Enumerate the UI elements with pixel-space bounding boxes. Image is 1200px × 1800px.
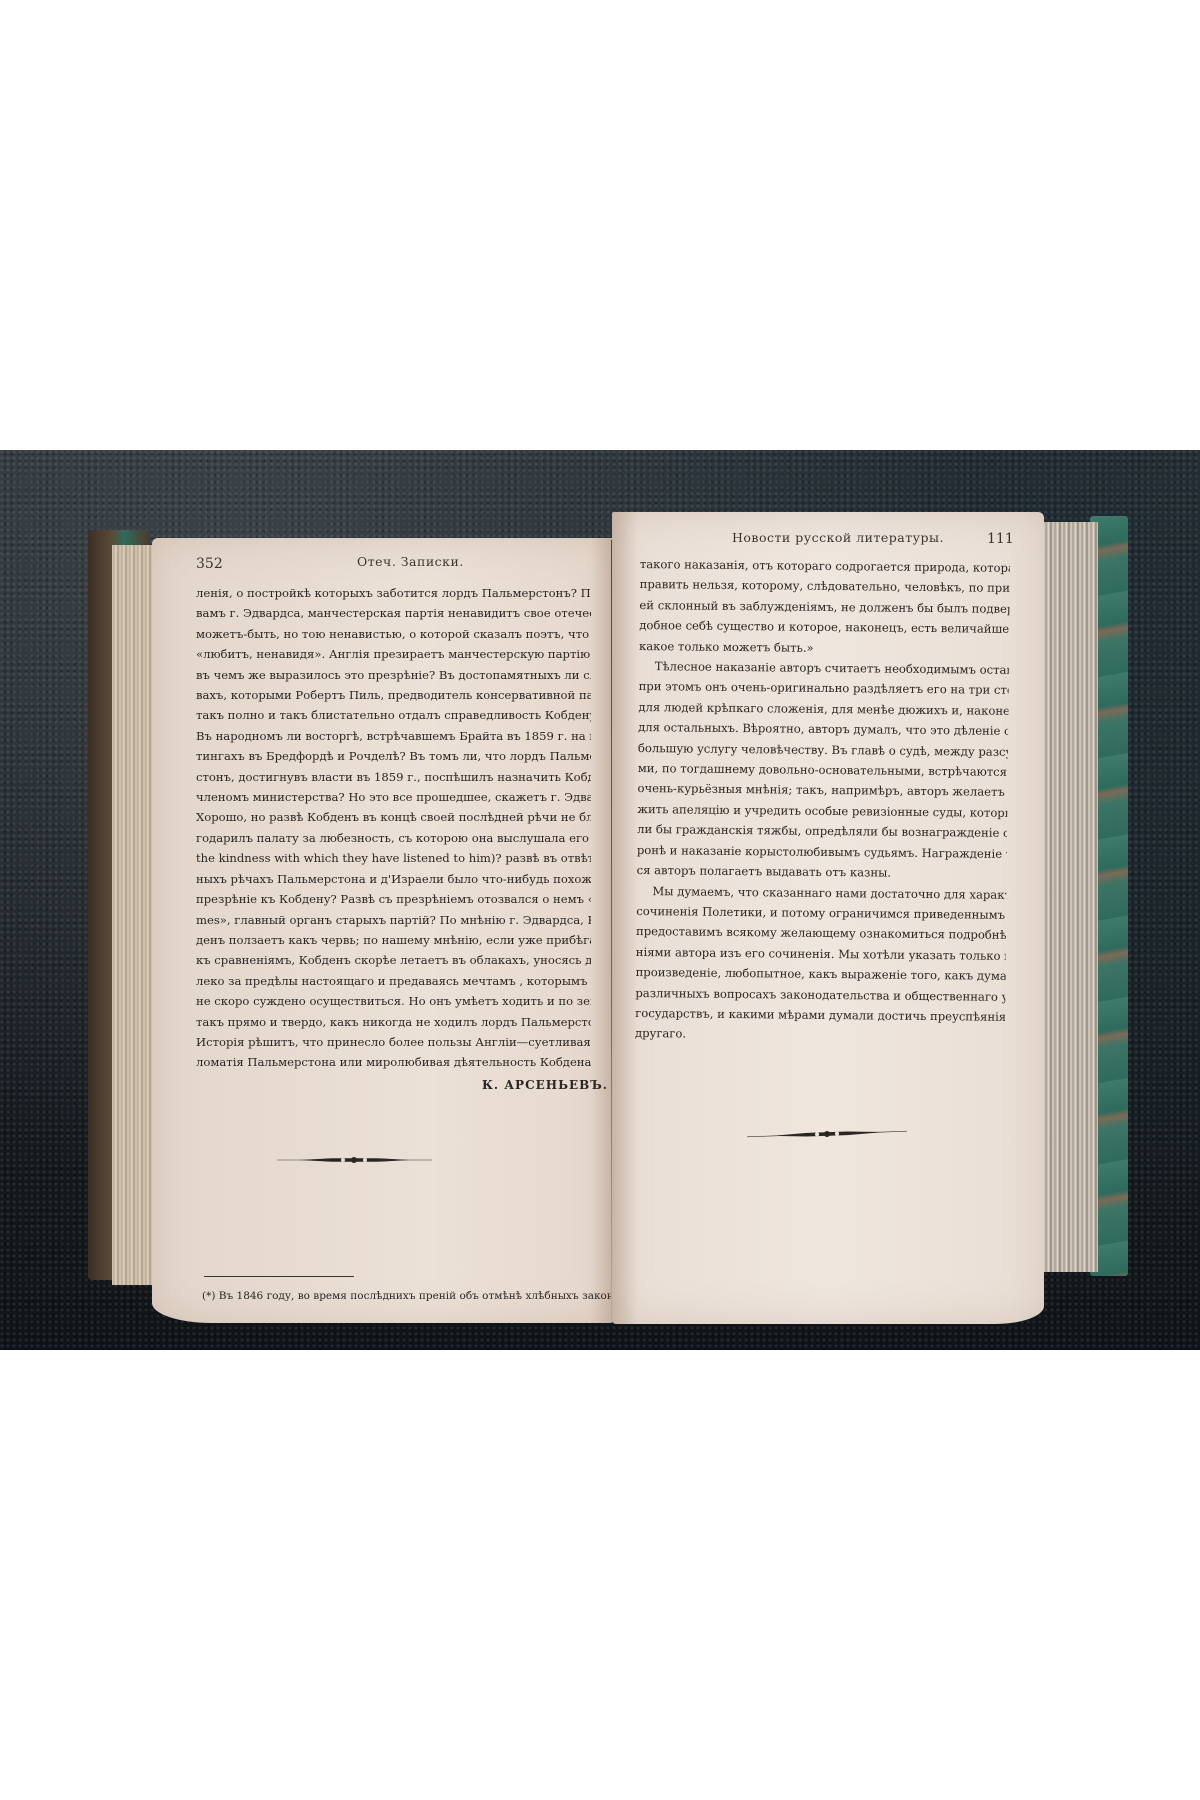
text-line: the kindness with which they have listen…: [196, 848, 591, 868]
text-line: въ чемъ же выразилось это презрѣніе? Въ …: [196, 665, 591, 685]
right-page: Новости русской литературы. 111 такого н…: [612, 512, 1044, 1324]
footnote-rule: [204, 1276, 354, 1277]
left-page-number: 352: [196, 556, 223, 572]
text-line: государствъ, и какими мѣрами думали дост…: [635, 1003, 1005, 1027]
ornament-divider-icon: [277, 1156, 432, 1162]
text-line: ныхъ рѣчахъ Пальмерстона и д'Израели был…: [196, 869, 591, 889]
right-running-head: Новости русской литературы.: [732, 530, 944, 545]
text-line: не скоро суждено осуществиться. Но онъ у…: [196, 991, 591, 1011]
footnote: (*) Въ 1846 году, во время послѣднихъ пр…: [202, 1290, 636, 1302]
right-page-body: такого наказанія, отъ котораго содрогает…: [635, 554, 1010, 1048]
author-signature: К. АРСЕНЬЕВЪ.: [482, 1078, 608, 1092]
text-line: къ сравненіямъ, Кобденъ скорѣе летаетъ в…: [196, 950, 591, 970]
text-line: такъ полно и такъ блистательно отдалъ сп…: [196, 705, 591, 725]
text-line: тингахъ въ Бредфордѣ и Рочделѣ? Въ томъ …: [196, 746, 591, 766]
text-line: другаго.: [635, 1023, 1005, 1047]
book-photograph: 352 Отеч. Записки. ленія, о постройкѣ ко…: [0, 450, 1200, 1350]
text-line: можетъ-быть, но тою ненавистью, о которо…: [196, 624, 591, 644]
text-line: денъ ползаетъ какъ червь; по нашему мнѣн…: [196, 930, 591, 950]
text-line: Исторія рѣшитъ, что принесло более польз…: [196, 1032, 591, 1052]
text-line: леко за предѣлы настоящаго и предаваясь …: [196, 971, 591, 991]
text-line: Въ народномъ ли восторгѣ, встрѣчавшемъ Б…: [196, 726, 591, 746]
text-line: «любитъ, ненавидя». Англія презираетъ ма…: [196, 644, 591, 664]
ornament-divider-icon: [747, 1127, 907, 1139]
text-line: ломатія Пальмерстона или миролюбивая дѣя…: [196, 1052, 591, 1072]
page-edges-right: [1040, 522, 1098, 1272]
text-line: mes», главный органъ старыхъ партій? По …: [196, 910, 591, 930]
text-line: презрѣніе къ Кобдену? Развѣ съ презрѣніе…: [196, 889, 591, 909]
text-line: Хорошо, но развѣ Кобденъ въ концѣ своей …: [196, 807, 591, 827]
left-page: 352 Отеч. Записки. ленія, о постройкѣ ко…: [152, 538, 614, 1323]
text-line: такъ прямо и твердо, какъ никогда не ход…: [196, 1012, 591, 1032]
text-line: вахъ, которыми Робертъ Пиль, предводител…: [196, 685, 591, 705]
text-line: стонъ, достигнувъ власти въ 1859 г., пос…: [196, 767, 591, 787]
page-edges-left: [112, 545, 157, 1285]
text-line: вамъ г. Эдвардса, манчестерская партія н…: [196, 603, 591, 623]
text-line: ленія, о постройкѣ которыхъ заботится ло…: [196, 583, 591, 603]
text-line: членомъ министерства? Но это все прошедш…: [196, 787, 591, 807]
left-page-body: ленія, о постройкѣ которыхъ заботится ло…: [196, 583, 591, 1073]
text-line: годарилъ палату за любезность, съ которо…: [196, 828, 591, 848]
left-running-head: Отеч. Записки.: [357, 554, 464, 569]
right-page-number: 111: [987, 531, 1014, 547]
